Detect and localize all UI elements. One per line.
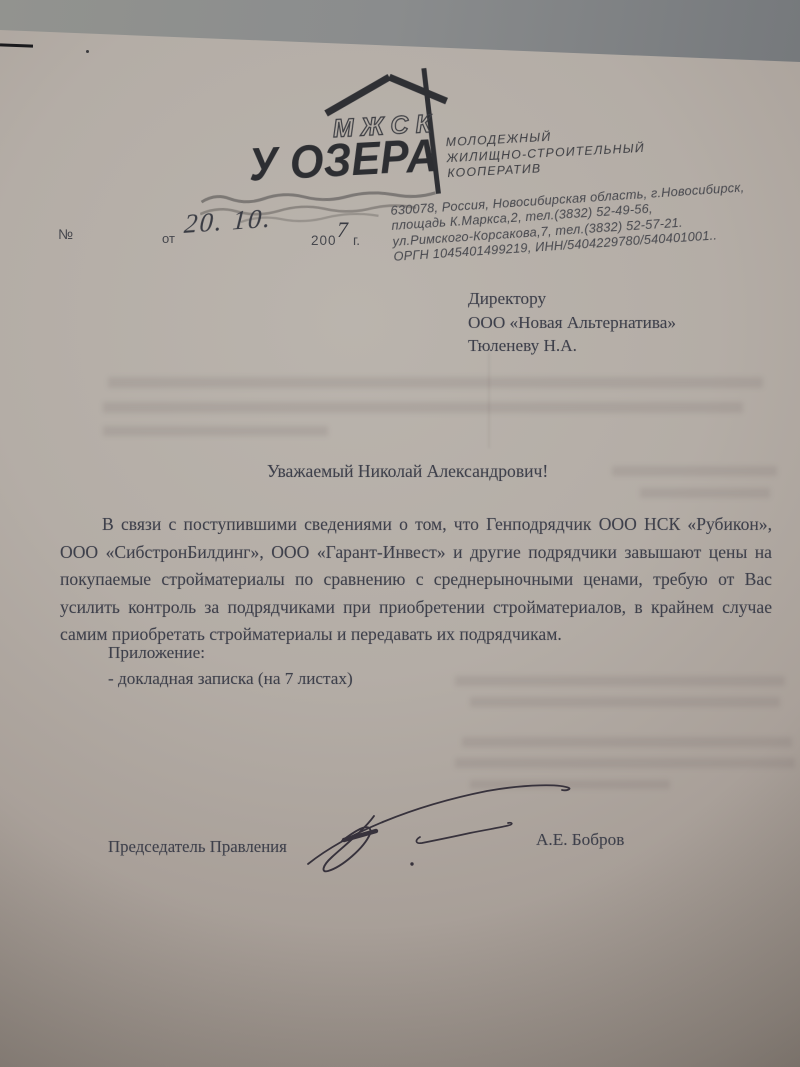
document-photo: МЖСК У ОЗЕРА МОЛОДЕЖНЫЙ ЖИЛИЩНО-СТРОИТЕЛ… [0,0,800,1067]
ink-bleed-smudge [108,377,763,388]
org-type-lines: МОЛОДЕЖНЫЙ ЖИЛИЩНО-СТРОИТЕЛЬНЫЙ КООПЕРАТ… [445,125,646,182]
paper-crease [488,352,490,448]
ink-bleed-smudge [455,758,795,768]
salutation: Уважаемый Николай Александрович! [267,461,548,482]
recipient-line: ООО «Новая Альтернатива» [468,311,676,335]
handwritten-date: 20. 10. [183,203,273,240]
ink-bleed-smudge [470,697,780,707]
ink-bleed-smudge [103,402,743,413]
attachment-item: - докладная записка (на 7 листах) [108,666,353,692]
letter-paper: МЖСК У ОЗЕРА МОЛОДЕЖНЫЙ ЖИЛИЩНО-СТРОИТЕЛ… [0,0,800,1067]
recipient-line: Тюленеву Н.А. [468,334,676,358]
printed-year: 200 [311,233,337,248]
number-sign-label: № [58,226,73,242]
ink-bleed-smudge [612,466,777,476]
signer-name: А.Е. Бобров [536,830,624,850]
position-title: Председатель Правления [108,837,287,857]
recipient-block: Директору ООО «Новая Альтернатива» Тюлен… [468,287,676,358]
attachment-block: Приложение: - докладная записка (на 7 ли… [108,640,353,692]
ink-bleed-smudge [462,737,792,747]
year-suffix: г. [353,233,360,248]
ink-bleed-smudge [103,426,328,436]
pen-mark [0,43,33,47]
from-label: от [162,231,175,246]
body-paragraph: В связи с поступившими сведениями о том,… [60,511,772,649]
attachment-label: Приложение: [108,640,353,666]
ink-bleed-smudge [640,488,770,498]
recipient-line: Директору [468,287,676,311]
handwritten-year-digit: 7 [337,217,348,243]
pen-dot [86,50,89,53]
ink-bleed-smudge [455,676,785,686]
